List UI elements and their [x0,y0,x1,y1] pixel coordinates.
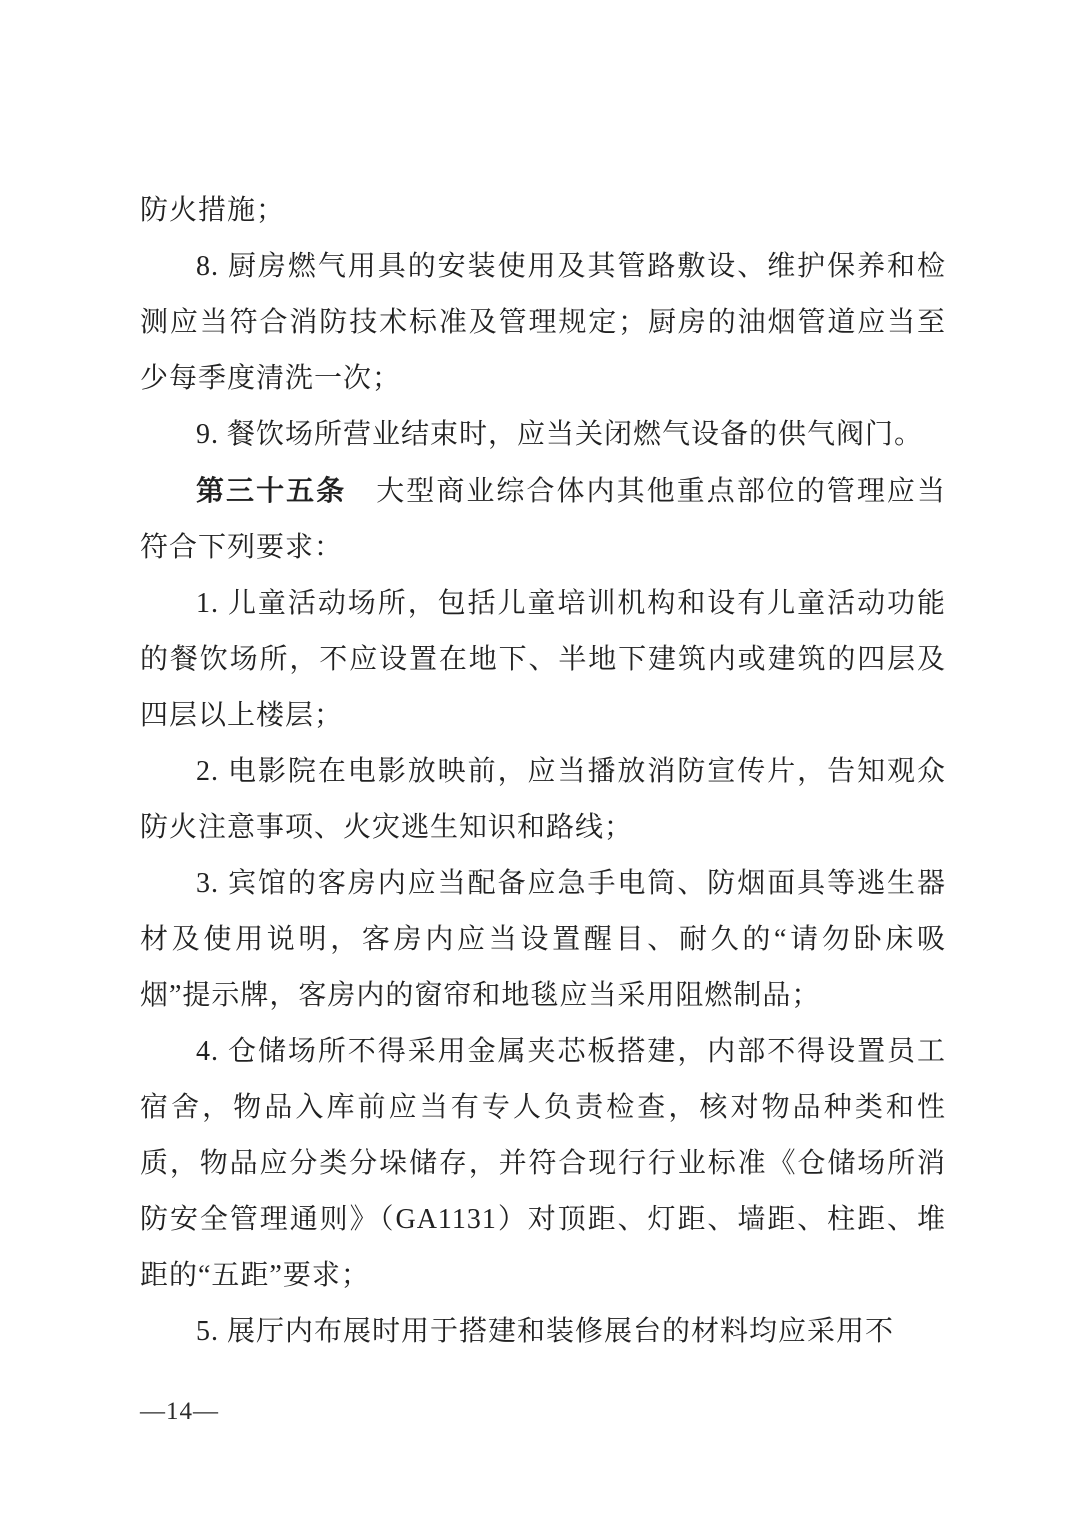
document-body: 防火措施； 8. 厨房燃气用具的安装使用及其管路敷设、维护保养和检测应当符合消防… [140,183,946,1360]
paragraph-text: 3. 宾馆的客房内应当配备应急手电筒、防烟面具等逃生器材及使用说明，客房内应当设… [140,868,946,1011]
document-page: 防火措施； 8. 厨房燃气用具的安装使用及其管路敷设、维护保养和检测应当符合消防… [0,0,1080,1526]
paragraph-text: 5. 展厅内布展时用于搭建和装修展台的材料均应采用不 [196,1316,894,1347]
article-number: 第三十五条 [196,475,346,506]
paragraph-text: 4. 仓储场所不得采用金属夹芯板搭建，内部不得设置员工宿舍，物品入库前应当有专人… [140,1036,946,1291]
paragraph-item-2: 2. 电影院在电影放映前，应当播放消防宣传片，告知观众防火注意事项、火灾逃生知识… [140,744,946,856]
paragraph-text: 2. 电影院在电影放映前，应当播放消防宣传片，告知观众防火注意事项、火灾逃生知识… [140,756,946,843]
paragraph-item-8: 8. 厨房燃气用具的安装使用及其管路敷设、维护保养和检测应当符合消防技术标准及管… [140,239,946,407]
paragraph-item-9: 9. 餐饮场所营业结束时，应当关闭燃气设备的供气阀门。 [140,407,946,463]
page-number: —14— [140,1398,219,1426]
paragraph-text: 防火措施； [140,195,285,226]
paragraph-article-35: 第三十五条 大型商业综合体内其他重点部位的管理应当符合下列要求： [140,463,946,576]
paragraph-text: 9. 餐饮场所营业结束时，应当关闭燃气设备的供气阀门。 [196,419,923,450]
paragraph-text: 8. 厨房燃气用具的安装使用及其管路敷设、维护保养和检测应当符合消防技术标准及管… [140,251,946,394]
paragraph-item-3: 3. 宾馆的客房内应当配备应急手电筒、防烟面具等逃生器材及使用说明，客房内应当设… [140,856,946,1024]
paragraph-item-5: 5. 展厅内布展时用于搭建和装修展台的材料均应采用不 [140,1304,946,1360]
paragraph-text: 1. 儿童活动场所，包括儿童培训机构和设有儿童活动功能的餐饮场所，不应设置在地下… [140,588,946,731]
paragraph-item-4: 4. 仓储场所不得采用金属夹芯板搭建，内部不得设置员工宿舍，物品入库前应当有专人… [140,1024,946,1304]
paragraph-item-1: 1. 儿童活动场所，包括儿童培训机构和设有儿童活动功能的餐饮场所，不应设置在地下… [140,576,946,744]
paragraph-continuation: 防火措施； [140,183,946,239]
